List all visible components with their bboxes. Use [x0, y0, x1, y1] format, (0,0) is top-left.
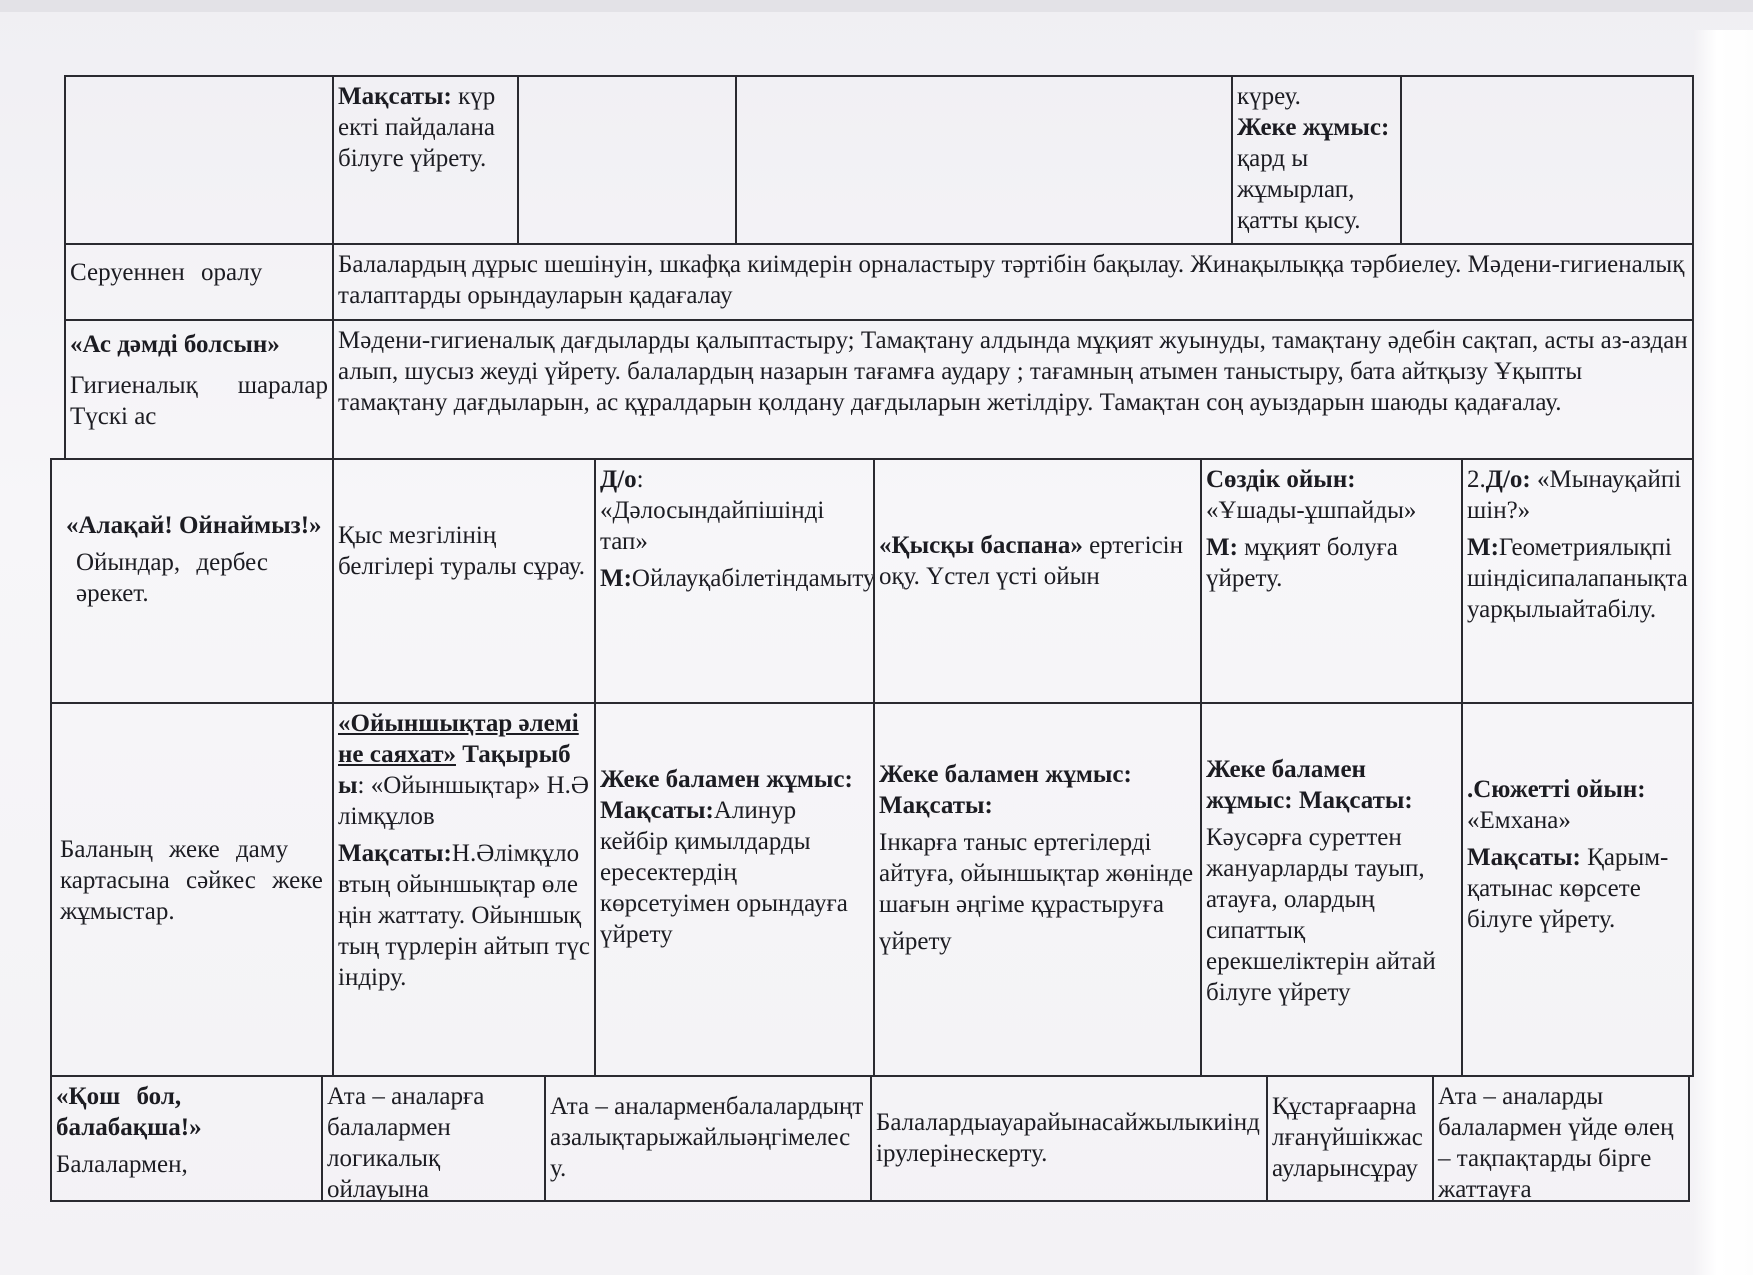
individual-work-text: Кәусәрға суреттен жануарларды тауып, ата… [1206, 824, 1436, 1006]
row-content: Мәдени-гигиеналық дағдыларды қалыптастыр… [338, 327, 1688, 416]
row1-label-cell: Серуеннен оралу [64, 243, 334, 321]
row5-label-cell: «Қош бол, балабақша!» Балалармен, [50, 1075, 323, 1202]
didactic-game-label: Д/о [600, 466, 637, 493]
row5-cell-5: Ата – аналарды балалармен үйде өлең – та… [1432, 1075, 1690, 1202]
goal-text: Геометриялықпішіндісипалапанықтауарқылыа… [1467, 534, 1688, 623]
row-label: Баланың жеке даму картасына сәйкес жеке … [60, 836, 323, 925]
goal-text: Ойлауқабілетіндамыту. [632, 565, 875, 592]
parents-note: Ата – аналарға балалармен логикалық ойла… [327, 1083, 484, 1202]
row3-cell-3: «Қысқы баспана» ертегісін оқу. Үстел үст… [873, 458, 1202, 704]
word-game-label: Сөздік ойын: [1206, 466, 1356, 493]
individual-work-label: Жеке жұмыс: [1237, 114, 1389, 141]
row3-cell-1: Қыс мезгілінің белгілері туралы сұрау. [332, 458, 596, 704]
row0-cell-5 [1400, 75, 1694, 245]
row3-cell-5: 2.Д/о: «Мынауқайпішін?» М:Геометриялықпі… [1461, 458, 1694, 704]
row5-cell-2: Ата – аналарменбалалардыңтазалықтарыжайл… [544, 1075, 872, 1202]
row-label-title: «Алақай! Ойнаймыз!» [66, 512, 322, 539]
role-play-label: .Сюжетті ойын: [1467, 776, 1646, 803]
row1-content-cell: Балалардың дұрыс шешінуін, шкафқа киімде… [332, 243, 1694, 321]
goal-label: Мақсаты: [338, 840, 452, 867]
row4-cell-4: Жеке баламен жұмыс: Мақсаты: Кәусәрға су… [1200, 702, 1463, 1077]
story-title: «Қысқы баспана» [879, 532, 1083, 559]
individual-work-text-end: үйрету [879, 928, 952, 955]
row0-cell-1: Мақсаты: күр екті пайдалана білуге үйрет… [332, 75, 519, 245]
row3-label-cell: «Алақай! Ойнаймыз!» Ойындар, дербес әрек… [50, 458, 334, 704]
row-label-sub: Гигиеналық шаралар Түскі ас [70, 372, 328, 430]
goal-label: М: [1206, 534, 1238, 561]
row3-cell-2: Д/о: «Дәлосындайпішінді тап» М:Ойлауқабі… [594, 458, 875, 704]
word-game-text: «Ұшады-ұшпайды» [1206, 497, 1416, 524]
row5-cell-1: Ата – аналарға балалармен логикалық ойла… [321, 1075, 546, 1202]
row4-cell-1: «Ойыншықтар әлеміне саяхат» Тақырыбы: «О… [332, 702, 596, 1077]
row4-label-cell: Баланың жеке даму картасына сәйкес жеке … [50, 702, 334, 1077]
didactic-game-label: Д/о: [1486, 466, 1531, 493]
goal-label: М: [1467, 534, 1499, 561]
item-number: 2. [1467, 466, 1486, 493]
row-label-title: «Ас дәмді болсын» [70, 331, 280, 358]
parents-note: Ата – аналарды балалармен үйде өлең – та… [1438, 1083, 1673, 1202]
parents-note: Балалардыауарайынасайжылыкиіндірулерінес… [876, 1109, 1260, 1167]
row0-cell-3 [735, 75, 1233, 245]
row-label-sub: Ойындар, дербес әрекет. [76, 549, 268, 607]
row-label-title: «Қош бол, балабақша!» [56, 1083, 202, 1141]
row3-cell-4: Сөздік ойын: «Ұшады-ұшпайды» М: мұқият б… [1200, 458, 1463, 704]
goal-label: Мақсаты: [1467, 844, 1581, 871]
row2-label-cell: «Ас дәмді болсын» Гигиеналық шаралар Түс… [64, 319, 334, 460]
page-curl-edge [1693, 30, 1753, 1275]
row-label-sub: Балалармен, [56, 1151, 188, 1178]
topic-text: : «Ойыншықтар» Н.Әлімқұлов [338, 772, 589, 830]
individual-work-label: Жеке баламен жұмыс: Мақсаты: [879, 761, 1132, 819]
row-label: Серуеннен оралу [70, 259, 262, 286]
individual-work-text: Інкарға таныс ертегілерді айтуға, ойыншы… [879, 829, 1193, 918]
row4-cell-2: Жеке баламен жұмыс: Мақсаты:Алинур кейбі… [594, 702, 875, 1077]
row0-cell-4: күреу. Жеке жұмыс: қард ы жұмырлап, қатт… [1231, 75, 1402, 245]
row4-cell-3: Жеке баламен жұмыс: Мақсаты: Інкарға тан… [873, 702, 1202, 1077]
individual-work-text: қард ы жұмырлап, қатты қысу. [1237, 145, 1360, 234]
row4-cell-5: .Сюжетті ойын: «Емхана» Мақсаты: Қарым-қ… [1461, 702, 1694, 1077]
row-content: Балалардың дұрыс шешінуін, шкафқа киімде… [338, 251, 1684, 309]
cell-text-line: күреу. [1237, 81, 1396, 112]
goal-label: Мақсаты: [338, 83, 452, 110]
goal-label: М: [600, 565, 632, 592]
row0-cell-2 [517, 75, 737, 245]
scanned-page: Мақсаты: күр екті пайдалана білуге үйрет… [0, 0, 1753, 1275]
scan-top-edge [0, 0, 1753, 12]
row5-cell-4: Құстарғаарналғанүйшікжасауларынсұрау [1266, 1075, 1434, 1202]
row5-cell-3: Балалардыауарайынасайжылыкиіндірулерінес… [870, 1075, 1268, 1202]
individual-work-label: Жеке баламен жұмыс: Мақсаты: [1206, 756, 1413, 814]
parents-note: Ата – аналарменбалалардыңтазалықтарыжайл… [550, 1093, 863, 1182]
row0-label-cell [64, 75, 334, 245]
cell-text: Қыс мезгілінің белгілері туралы сұрау. [338, 522, 585, 580]
row2-content-cell: Мәдени-гигиеналық дағдыларды қалыптастыр… [332, 319, 1694, 460]
role-play-text: «Емхана» [1467, 807, 1571, 834]
parents-note: Құстарғаарналғанүйшікжасауларынсұрау [1272, 1093, 1423, 1182]
